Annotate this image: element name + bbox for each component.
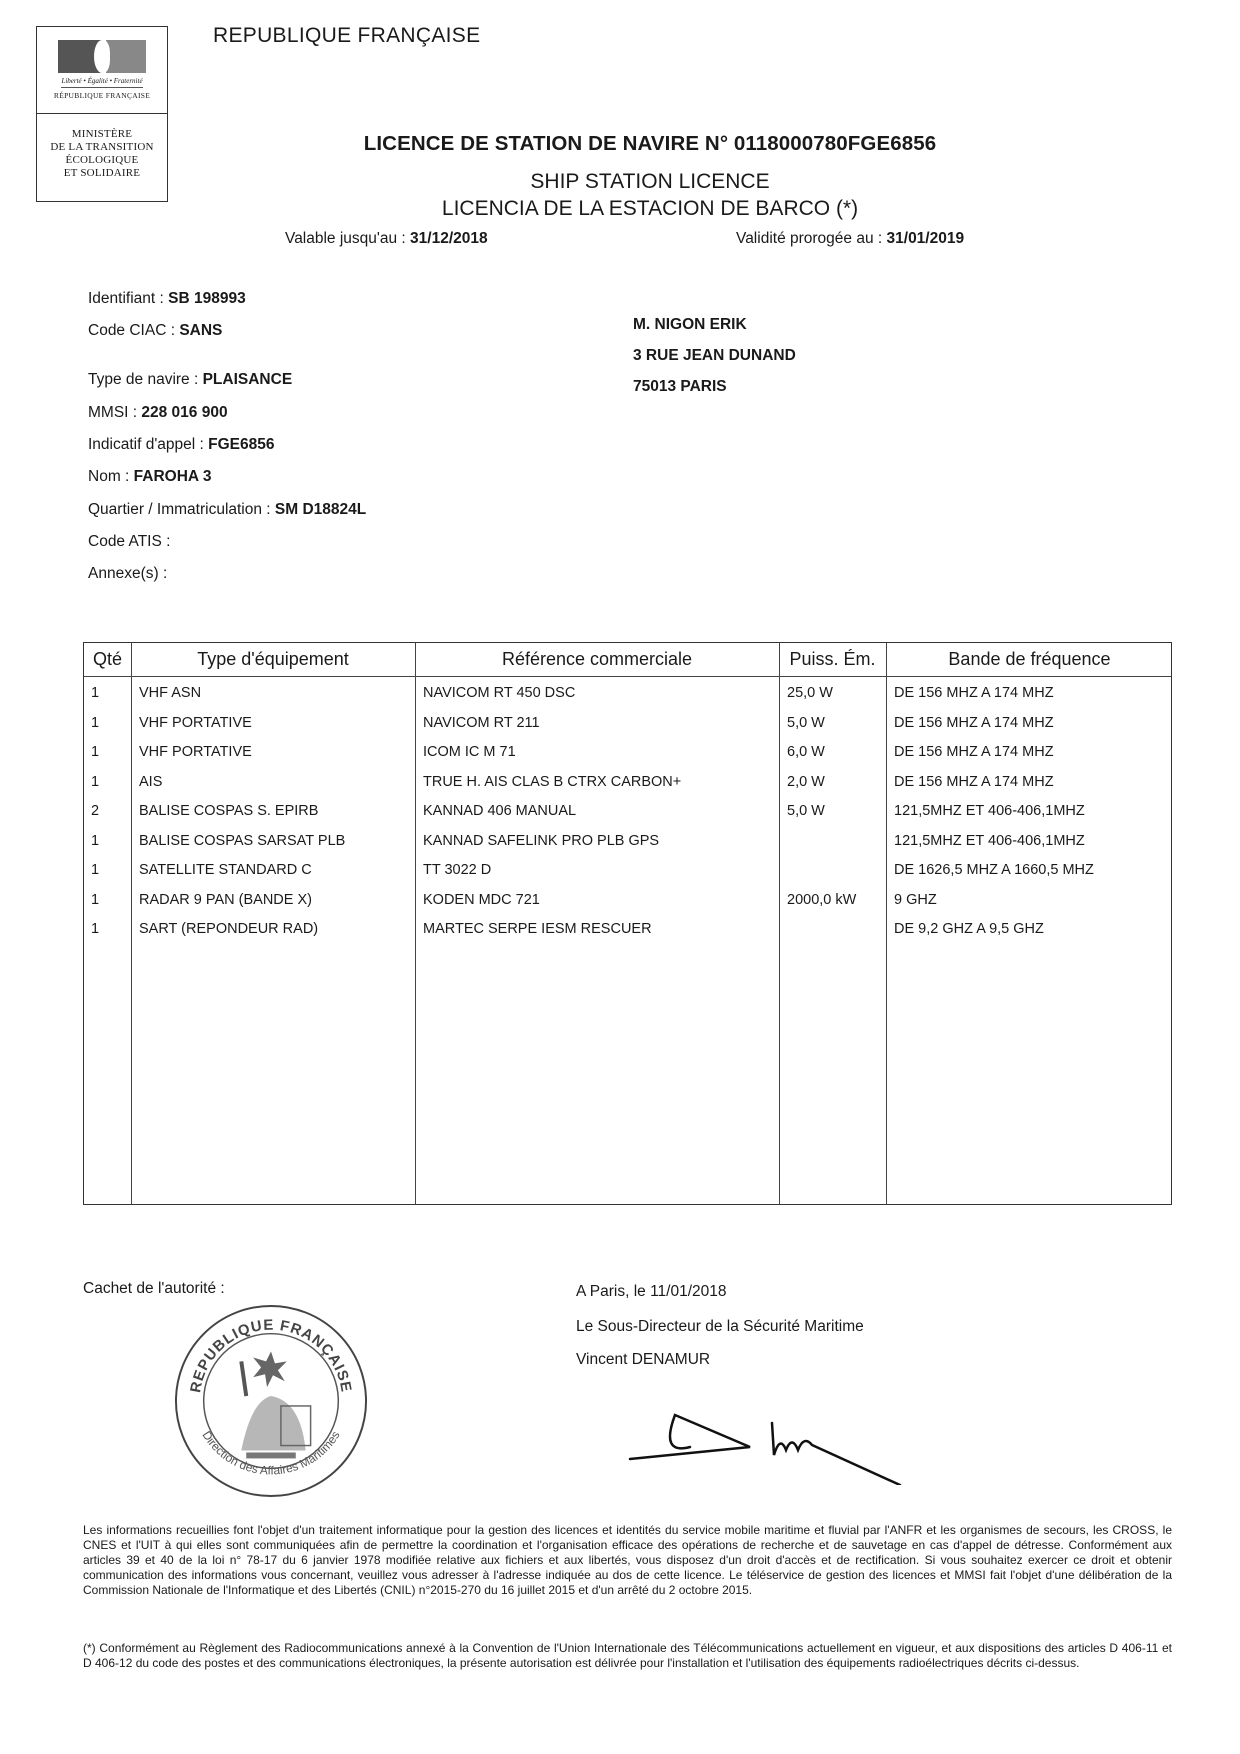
devise-text: Liberté • Égalité • Fraternité [37, 77, 167, 85]
cell-reference: KANNAD SAFELINK PRO PLB GPS [423, 833, 659, 849]
field-identifiant: Identifiant : SB 198993 [88, 290, 246, 308]
cell-qte: 1 [91, 892, 99, 908]
cell-reference: KODEN MDC 721 [423, 892, 540, 908]
cell-reference: TRUE H. AIS CLAS B CTRX CARBON+ [423, 774, 681, 790]
cell-qte: 1 [91, 921, 99, 937]
holder-name: M. NIGON ERIK [633, 316, 747, 334]
cell-type: VHF ASN [139, 685, 201, 701]
cell-reference: ICOM IC M 71 [423, 744, 516, 760]
cell-qte: 1 [91, 744, 99, 760]
header-bande: Bande de fréquence [886, 649, 1173, 670]
cell-bande: DE 1626,5 MHZ A 1660,5 MHZ [894, 862, 1094, 878]
header-puissance: Puiss. Ém. [779, 649, 886, 670]
signatory-title: Le Sous-Directeur de la Sécurité Maritim… [576, 1318, 864, 1336]
signatory-name: Vincent DENAMUR [576, 1351, 710, 1369]
cell-bande: DE 156 MHZ A 174 MHZ [894, 744, 1054, 760]
regulation-notice: (*) Conformément au Règlement des Radioc… [83, 1641, 1172, 1671]
cell-puissance: 6,0 W [787, 744, 825, 760]
cell-reference: KANNAD 406 MANUAL [423, 803, 576, 819]
cell-bande: DE 156 MHZ A 174 MHZ [894, 715, 1054, 731]
cell-qte: 1 [91, 715, 99, 731]
header-qte: Qté [84, 649, 131, 670]
subtitle-english: SHIP STATION LICENCE [0, 170, 1240, 194]
cell-puissance: 2,0 W [787, 774, 825, 790]
cell-reference: NAVICOM RT 211 [423, 715, 540, 731]
extended-until: Validité prorogée au : 31/01/2019 [736, 230, 964, 248]
cell-puissance: 5,0 W [787, 803, 825, 819]
holder-city: 75013 PARIS [633, 378, 727, 396]
cell-qte: 2 [91, 803, 99, 819]
extended-until-date: 31/01/2019 [887, 230, 965, 247]
holder-street: 3 RUE JEAN DUNAND [633, 347, 796, 365]
field-immatriculation: Quartier / Immatriculation : SM D18824L [88, 501, 366, 519]
cell-reference: NAVICOM RT 450 DSC [423, 685, 575, 701]
cell-bande: 121,5MHZ ET 406-406,1MHZ [894, 833, 1085, 849]
header-type: Type d'équipement [131, 649, 415, 670]
cell-type: VHF PORTATIVE [139, 744, 252, 760]
privacy-notice: Les informations recueillies font l'obje… [83, 1523, 1172, 1598]
field-indicatif-appel: Indicatif d'appel : FGE6856 [88, 436, 275, 454]
cell-type: RADAR 9 PAN (BANDE X) [139, 892, 312, 908]
valid-until-date: 31/12/2018 [410, 230, 488, 247]
field-mmsi: MMSI : 228 016 900 [88, 404, 228, 422]
field-nom: Nom : FAROHA 3 [88, 468, 211, 486]
cell-reference: TT 3022 D [423, 862, 491, 878]
marianne-logo: Liberté • Égalité • Fraternité RÉPUBLIQU… [37, 27, 167, 114]
cell-qte: 1 [91, 685, 99, 701]
cell-puissance: 5,0 W [787, 715, 825, 731]
cell-bande: 121,5MHZ ET 406-406,1MHZ [894, 803, 1085, 819]
cachet-label: Cachet de l'autorité : [83, 1280, 225, 1298]
licence-title: LICENCE DE STATION DE NAVIRE N° 01180007… [0, 132, 1240, 156]
subtitle-spanish: LICENCIA DE LA ESTACION DE BARCO (*) [0, 197, 1240, 221]
republique-title: REPUBLIQUE FRANÇAISE [213, 24, 480, 48]
field-code-ciac: Code CIAC : SANS [88, 322, 222, 340]
cell-bande: 9 GHZ [894, 892, 937, 908]
cell-puissance: 25,0 W [787, 685, 833, 701]
equipment-table: Qté Type d'équipement Référence commerci… [83, 642, 1172, 1205]
field-annexes: Annexe(s) : [88, 565, 167, 583]
marianne-emblem-icon [58, 40, 146, 73]
header-reference: Référence commerciale [415, 649, 779, 670]
cell-bande: DE 156 MHZ A 174 MHZ [894, 774, 1054, 790]
cell-bande: DE 9,2 GHZ A 9,5 GHZ [894, 921, 1044, 937]
cell-qte: 1 [91, 774, 99, 790]
signature-icon [600, 1405, 910, 1485]
official-stamp-icon: REPUBLIQUE FRANÇAISE Direction des Affai… [172, 1302, 370, 1500]
logo-republique-text: RÉPUBLIQUE FRANÇAISE [37, 91, 167, 100]
cell-type: BALISE COSPAS S. EPIRB [139, 803, 318, 819]
field-code-atis: Code ATIS : [88, 533, 170, 551]
cell-type: SART (REPONDEUR RAD) [139, 921, 318, 937]
cell-type: AIS [139, 774, 162, 790]
cell-reference: MARTEC SERPE IESM RESCUER [423, 921, 652, 937]
cell-type: VHF PORTATIVE [139, 715, 252, 731]
cell-type: SATELLITE STANDARD C [139, 862, 312, 878]
cell-type: BALISE COSPAS SARSAT PLB [139, 833, 345, 849]
cell-puissance: 2000,0 kW [787, 892, 856, 908]
valid-until: Valable jusqu'au : 31/12/2018 [285, 230, 488, 248]
cell-qte: 1 [91, 833, 99, 849]
cell-qte: 1 [91, 862, 99, 878]
field-type-navire: Type de navire : PLAISANCE [88, 371, 292, 389]
cell-bande: DE 156 MHZ A 174 MHZ [894, 685, 1054, 701]
place-date: A Paris, le 11/01/2018 [576, 1283, 727, 1301]
